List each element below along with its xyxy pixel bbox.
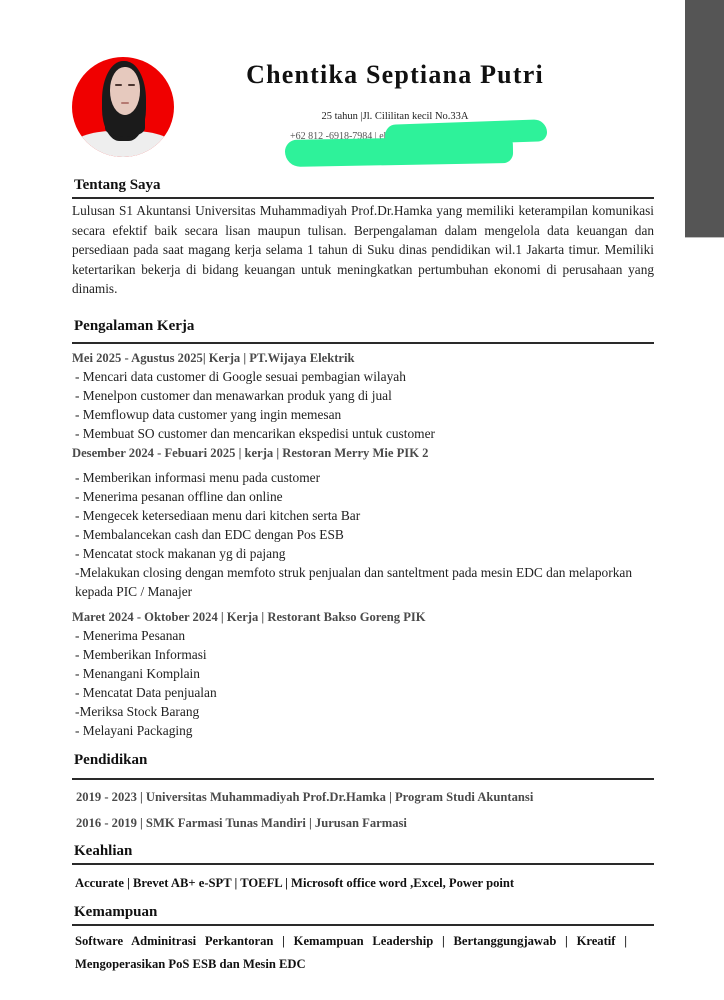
section-title-skills: Keahlian bbox=[74, 842, 654, 860]
job-duty: - Memberikan informasi menu pada custome… bbox=[72, 468, 654, 487]
skills-section: Keahlian Accurate | Brevet AB+ e-SPT | T… bbox=[72, 842, 654, 892]
section-divider bbox=[72, 197, 654, 199]
job-header: Mei 2025 - Agustus 2025| Kerja | PT.Wija… bbox=[72, 349, 654, 367]
photo-eye-left bbox=[115, 84, 122, 86]
job-duty: - Menelpon customer dan menawarkan produ… bbox=[72, 386, 654, 405]
profile-photo bbox=[72, 57, 174, 157]
section-title-experience: Pengalaman Kerja bbox=[74, 317, 654, 335]
job-entry: Maret 2024 - Oktober 2024 | Kerja | Rest… bbox=[72, 608, 654, 740]
section-title-abilities: Kemampuan bbox=[74, 903, 654, 921]
job-duty: - Mengecek ketersediaan menu dari kitche… bbox=[72, 506, 654, 525]
job-header: Maret 2024 - Oktober 2024 | Kerja | Rest… bbox=[72, 608, 654, 626]
section-title-education: Pendidikan bbox=[74, 751, 654, 769]
job-duty: - Menangani Komplain bbox=[72, 664, 654, 683]
education-row: 2019 - 2023 | Universitas Muhammadiyah P… bbox=[72, 788, 654, 806]
side-scroll-panel bbox=[685, 0, 724, 238]
job-duty: -Meriksa Stock Barang bbox=[72, 702, 654, 721]
job-duty: - Memflowup data customer yang ingin mem… bbox=[72, 405, 654, 424]
job-duty: - Mencatat stock makanan yg di pajang bbox=[72, 544, 654, 563]
education-row: 2016 - 2019 | SMK Farmasi Tunas Mandiri … bbox=[72, 814, 654, 832]
about-text: Lulusan S1 Akuntansi Universitas Muhamma… bbox=[72, 201, 654, 299]
about-section: Tentang Saya Lulusan S1 Akuntansi Univer… bbox=[72, 176, 654, 299]
experience-section: Pengalaman Kerja Mei 2025 - Agustus 2025… bbox=[72, 317, 654, 740]
section-divider bbox=[72, 863, 654, 865]
job-duty: - Membuat SO customer dan mencarikan eks… bbox=[72, 424, 654, 443]
job-duty: - Memberikan Informasi bbox=[72, 645, 654, 664]
abilities-text: Software Adminitrasi Perkantoran | Kemam… bbox=[72, 930, 627, 976]
skills-text: Accurate | Brevet AB+ e-SPT | TOEFL | Mi… bbox=[72, 874, 654, 892]
photo-collar bbox=[105, 119, 145, 137]
section-divider bbox=[72, 924, 654, 926]
photo-face bbox=[110, 67, 140, 115]
job-header: Desember 2024 - Febuari 2025 | kerja | R… bbox=[72, 444, 654, 462]
job-duty: - Membalancekan cash dan EDC dengan Pos … bbox=[72, 525, 654, 544]
abilities-section: Kemampuan Software Adminitrasi Perkantor… bbox=[72, 903, 654, 976]
candidate-name: Chentika Septiana Putri bbox=[200, 60, 590, 90]
photo-mouth bbox=[121, 102, 129, 104]
job-duty: - Menerima Pesanan bbox=[72, 626, 654, 645]
job-duty: -Melakukan closing dengan memfoto struk … bbox=[72, 563, 654, 601]
redaction-mark bbox=[285, 136, 513, 167]
section-divider bbox=[72, 778, 654, 780]
education-section: Pendidikan 2019 - 2023 | Universitas Muh… bbox=[72, 751, 654, 832]
section-divider bbox=[72, 342, 654, 344]
photo-eye-right bbox=[128, 84, 135, 86]
section-title-about: Tentang Saya bbox=[74, 176, 654, 194]
job-duty: - Mencari data customer di Google sesuai… bbox=[72, 367, 654, 386]
job-entry: Mei 2025 - Agustus 2025| Kerja | PT.Wija… bbox=[72, 349, 654, 443]
job-duty: - Melayani Packaging bbox=[72, 721, 654, 740]
job-duty: - Mencatat Data penjualan bbox=[72, 683, 654, 702]
job-entry: Desember 2024 - Febuari 2025 | kerja | R… bbox=[72, 444, 654, 601]
job-duty: - Menerima pesanan offline dan online bbox=[72, 487, 654, 506]
